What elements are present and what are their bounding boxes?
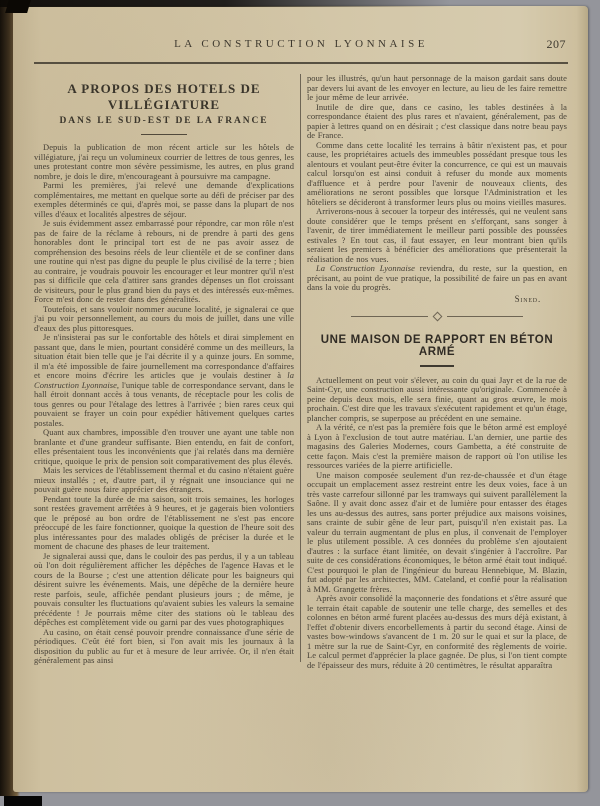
journal-name-italic: La Construction Lyonnaise xyxy=(316,263,415,273)
article-title: A PROPOS DES HOTELS DE VILLÉGIATURE xyxy=(34,81,294,113)
title-rule xyxy=(141,134,187,135)
page-number: 207 xyxy=(547,37,567,52)
body-paragraph: Mais les services de l'établissement the… xyxy=(34,466,294,495)
article-subtitle: DANS LE SUD-EST DE LA FRANCE xyxy=(34,116,294,126)
body-paragraph: Toutefois, et sans vouloir nommer aucune… xyxy=(34,305,294,334)
header-rule xyxy=(34,62,568,64)
column-right: pour les illustrés, qu'un haut personnag… xyxy=(307,72,567,670)
body-paragraph: Après avoir consolidé la maçonnerie des … xyxy=(307,594,567,670)
body-paragraph: Une maison composée seulement d'un rez-d… xyxy=(307,471,567,595)
body-paragraph: Je n'insisterai pas sur le confortable d… xyxy=(34,333,294,428)
body-paragraph: Pendant toute la durée de ma saison, soi… xyxy=(34,495,294,552)
journal-title: LA CONSTRUCTION LYONNAISE xyxy=(34,38,568,50)
scan-backdrop: LA CONSTRUCTION LYONNAISE 207 A PROPOS D… xyxy=(0,0,600,806)
body-paragraph: Au casino, on était censé pouvoir prendr… xyxy=(34,628,294,666)
body-paragraph: Parmi les premières, j'ai relevé une dem… xyxy=(34,181,294,219)
page-content: LA CONSTRUCTION LYONNAISE 207 A PROPOS D… xyxy=(13,6,588,792)
divider-line xyxy=(351,316,428,317)
scan-top-shadow xyxy=(0,0,450,7)
body-paragraph: La Construction Lyonnaise reviendra, du … xyxy=(307,264,567,293)
author-signature: Sined. xyxy=(307,294,541,304)
running-header: LA CONSTRUCTION LYONNAISE 207 xyxy=(34,38,568,60)
body-paragraph: Actuellement on peut voir s'élever, au c… xyxy=(307,376,567,424)
scan-bottom-mark xyxy=(4,796,42,806)
divider-line xyxy=(447,316,524,317)
binding-corner-notch xyxy=(5,0,31,13)
column-divider-rule xyxy=(300,74,301,662)
two-column-layout: A PROPOS DES HOTELS DE VILLÉGIATURE DANS… xyxy=(34,72,568,670)
body-paragraph: Je suis évidemment assez embarrassé pour… xyxy=(34,219,294,305)
body-paragraph: pour les illustrés, qu'un haut personnag… xyxy=(307,74,567,103)
body-paragraph: Comme dans cette localité les terrains à… xyxy=(307,141,567,208)
diamond-icon xyxy=(432,311,442,321)
body-paragraph: A la vérité, ce n'est pas la première fo… xyxy=(307,423,567,471)
body-paragraph: Inutile de dire que, dans ce casino, les… xyxy=(307,103,567,141)
body-paragraph: Je signalerai aussi que, dans le couloir… xyxy=(34,552,294,628)
scanned-page: LA CONSTRUCTION LYONNAISE 207 A PROPOS D… xyxy=(13,6,588,792)
body-paragraph: Depuis la publication de mon récent arti… xyxy=(34,143,294,181)
article2-title: UNE MAISON DE RAPPORT EN BÉTON ARMÉ xyxy=(307,334,567,358)
column-left: A PROPOS DES HOTELS DE VILLÉGIATURE DANS… xyxy=(34,72,294,670)
body-paragraph: Quant aux chambres, impossible d'en trou… xyxy=(34,428,294,466)
article2-title-rule xyxy=(420,365,454,367)
paragraph-text: Je n'insisterai pas sur le confortable d… xyxy=(34,332,294,380)
body-paragraph: Arriverons-nous à secouer la torpeur des… xyxy=(307,207,567,264)
section-divider xyxy=(351,313,523,320)
